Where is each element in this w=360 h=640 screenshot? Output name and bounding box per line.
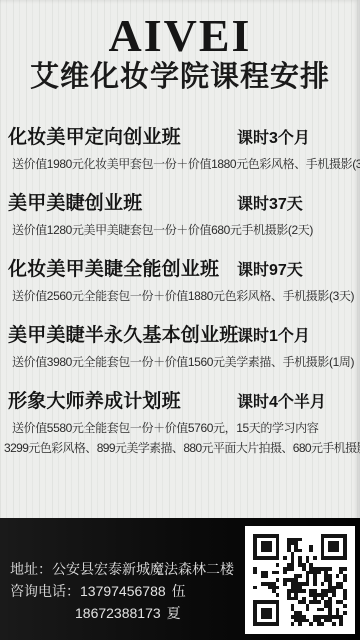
phone-number-1: 13797456788 bbox=[80, 583, 166, 599]
address-value: 公安县宏泰新城魔法森林二楼 bbox=[52, 561, 234, 577]
course-item: 化妆美甲美睫全能创业班 课时97天 送价值2560元全能套包一份＋价值1880元… bbox=[0, 258, 360, 304]
course-name: 美甲美睫创业班 bbox=[8, 192, 142, 216]
phone-number-2: 18672388173 bbox=[75, 605, 161, 621]
course-detail: 送价值3980元全能套包一份＋价值1560元美学素描、手机摄影(1周) bbox=[12, 354, 360, 370]
course-detail: 送价值2560元全能套包一份＋价值1880元色彩风格、手机摄影(3天) bbox=[12, 288, 360, 304]
course-item: 美甲美睫创业班 课时37天 送价值1280元美甲美睫套包一份＋价值680元手机摄… bbox=[0, 192, 360, 238]
course-detail: 送价值1980元化妆美甲套包一份＋价值1880元色彩风格、手机摄影(3天) bbox=[12, 156, 360, 172]
poster-subtitle: 艾维化妆学院课程安排 bbox=[0, 60, 360, 94]
course-detail: 3299元色彩风格、899元美学素描、880元平面大片拍摄、680元手机摄影 bbox=[4, 440, 360, 456]
course-list: 化妆美甲定向创业班 课时3个月 送价值1980元化妆美甲套包一份＋价值1880元… bbox=[0, 126, 360, 476]
course-header-row: 美甲美睫创业班 课时37天 bbox=[0, 192, 360, 216]
course-poster: AIVEI 艾维化妆学院课程安排 化妆美甲定向创业班 课时3个月 送价值1980… bbox=[0, 0, 360, 640]
contact-info: 地址：公安县宏泰新城魔法森林二楼 咨询电话：13797456788伍 18672… bbox=[10, 558, 234, 624]
course-duration: 课时4个半月 bbox=[237, 392, 326, 414]
course-duration: 课时1个月 bbox=[237, 326, 310, 348]
course-duration: 课时37天 bbox=[237, 194, 303, 216]
course-duration: 课时3个月 bbox=[237, 128, 310, 150]
course-name: 美甲美睫半永久基本创业班 bbox=[8, 324, 238, 348]
phone-label: 咨询电话： bbox=[10, 583, 80, 599]
address-line: 地址：公安县宏泰新城魔法森林二楼 bbox=[10, 558, 234, 580]
course-header-row: 化妆美甲美睫全能创业班 课时97天 bbox=[0, 258, 360, 282]
contact-footer: 地址：公安县宏泰新城魔法森林二楼 咨询电话：13797456788伍 18672… bbox=[0, 518, 360, 640]
phone-contact-2: 夏 bbox=[167, 605, 181, 621]
course-name: 形象大师养成计划班 bbox=[8, 390, 181, 414]
course-item: 化妆美甲定向创业班 课时3个月 送价值1980元化妆美甲套包一份＋价值1880元… bbox=[0, 126, 360, 172]
address-label: 地址： bbox=[10, 561, 52, 577]
course-header-row: 形象大师养成计划班 课时4个半月 bbox=[0, 390, 360, 414]
course-item: 形象大师养成计划班 课时4个半月 送价值5580元全能套包一份＋价值5760元，… bbox=[0, 390, 360, 456]
course-duration: 课时97天 bbox=[237, 260, 303, 282]
course-item: 美甲美睫半永久基本创业班 课时1个月 送价值3980元全能套包一份＋价值1560… bbox=[0, 324, 360, 370]
poster-header: AIVEI 艾维化妆学院课程安排 bbox=[0, 0, 360, 94]
phone-line-2: 18672388173夏 bbox=[10, 602, 234, 624]
brand-title: AIVEI bbox=[0, 12, 360, 60]
course-header-row: 美甲美睫半永久基本创业班 课时1个月 bbox=[0, 324, 360, 348]
course-detail: 送价值5580元全能套包一份＋价值5760元，15天的学习内容 bbox=[12, 420, 360, 436]
course-detail: 送价值1280元美甲美睫套包一份＋价值680元手机摄影(2天) bbox=[12, 222, 360, 238]
course-header-row: 化妆美甲定向创业班 课时3个月 bbox=[0, 126, 360, 150]
course-name: 化妆美甲美睫全能创业班 bbox=[8, 258, 219, 282]
phone-line-1: 咨询电话：13797456788伍 bbox=[10, 580, 234, 602]
qr-code-icon bbox=[245, 526, 355, 634]
phone-contact-1: 伍 bbox=[172, 583, 186, 599]
course-name: 化妆美甲定向创业班 bbox=[8, 126, 181, 150]
